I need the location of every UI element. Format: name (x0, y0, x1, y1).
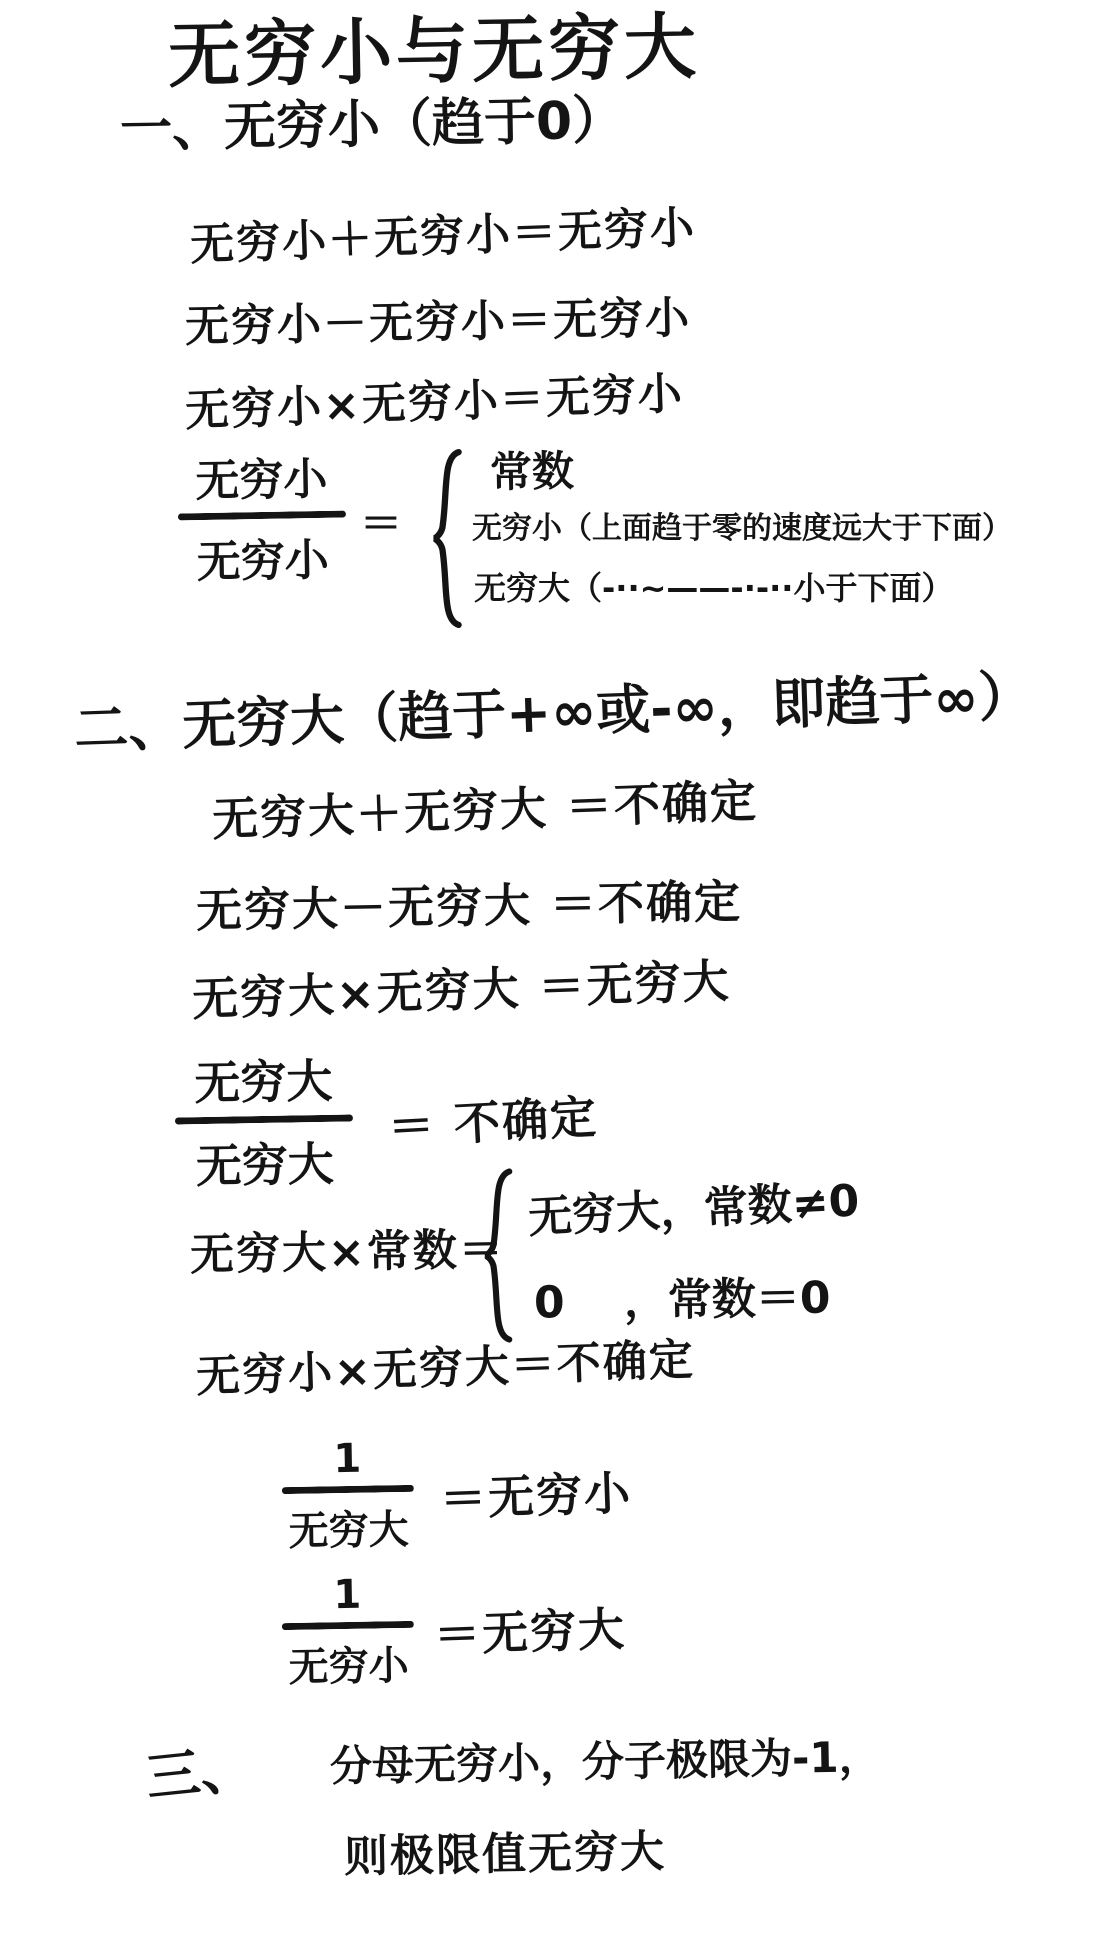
fraction-denominator: 无穷小 (196, 524, 329, 590)
case-inf-large: 无穷大（-··~——-·-··小于下面） (474, 570, 953, 607)
fraction-numerator: 1 (333, 1572, 362, 1618)
fraction-large-over-large: 无穷大 无穷大 (174, 1044, 355, 1196)
fraction-small-over-small: 无穷小 无穷小 (177, 443, 348, 591)
equation-inf-large-minus: 无穷大－无穷大 ＝不确定 (196, 875, 743, 937)
fraction-one-over-large: 1 无穷大 (281, 1435, 415, 1557)
section-3-statement: 分母无穷小，分子极限为-1， (330, 1733, 881, 1791)
case-constant-nonzero: 无穷大，常数≠0 (527, 1176, 861, 1244)
case-constant-zero: 0 ，常数＝0 (534, 1273, 831, 1329)
equation-inf-small-minus: 无穷小－无穷小＝无穷小 (185, 294, 692, 353)
section-3-conclusion: 则极限值无穷大 (344, 1827, 667, 1883)
note-page: 无穷小与无穷大 一、无穷小（趋于0） 无穷小＋无穷小＝无穷小 无穷小－无穷小＝无… (0, 0, 1096, 1948)
fraction-one-over-small: 1 无穷小 (281, 1571, 415, 1693)
fraction-numerator: 1 (333, 1436, 362, 1482)
equation-inf-large-times: 无穷大×无穷大 ＝无穷大 (191, 955, 731, 1027)
section-3-marker: 三、 (143, 1737, 257, 1810)
curly-brace-icon (428, 436, 464, 641)
equation-small-times-large: 无穷小×无穷大＝不确定 (195, 1335, 695, 1403)
fraction-numerator: 无穷小 (195, 443, 328, 509)
reciprocal-large-result: ＝无穷小 (439, 1467, 633, 1527)
curly-brace-icon (478, 1168, 516, 1343)
section-1-heading: 一、无穷小（趋于0） (120, 92, 625, 161)
fraction-bar (282, 1621, 414, 1630)
case-constant: 常数 (490, 447, 575, 497)
reciprocal-small-result: ＝无穷大 (433, 1603, 627, 1663)
fraction-bar (175, 1114, 353, 1124)
fraction-bar (282, 1485, 414, 1494)
equation-large-times-constant: 无穷大×常数＝ (190, 1225, 506, 1281)
fraction-numerator: 无穷大 (194, 1045, 333, 1113)
equation-inf-small-plus: 无穷小＋无穷小＝无穷小 (189, 203, 696, 271)
equation-inf-large-plus: 无穷大＋无穷大 ＝不确定 (211, 774, 759, 846)
equals-sign: ＝ (360, 500, 402, 548)
fraction-denominator: 无穷大 (288, 1498, 409, 1557)
equation-inf-small-times: 无穷小×无穷小＝无穷小 (184, 369, 684, 437)
case-inf-small: 无穷小（上面趋于零的速度远大于下面） (472, 512, 1012, 547)
fraction-result: ＝ 不确定 (387, 1091, 599, 1155)
page-title: 无穷小与无穷大 (167, 5, 700, 97)
fraction-denominator: 无穷小 (288, 1634, 409, 1693)
fraction-denominator: 无穷大 (195, 1128, 334, 1196)
fraction-bar (178, 511, 346, 521)
section-2-heading: 二、无穷大（趋于+∞或-∞，即趋于∞） (73, 665, 1033, 761)
